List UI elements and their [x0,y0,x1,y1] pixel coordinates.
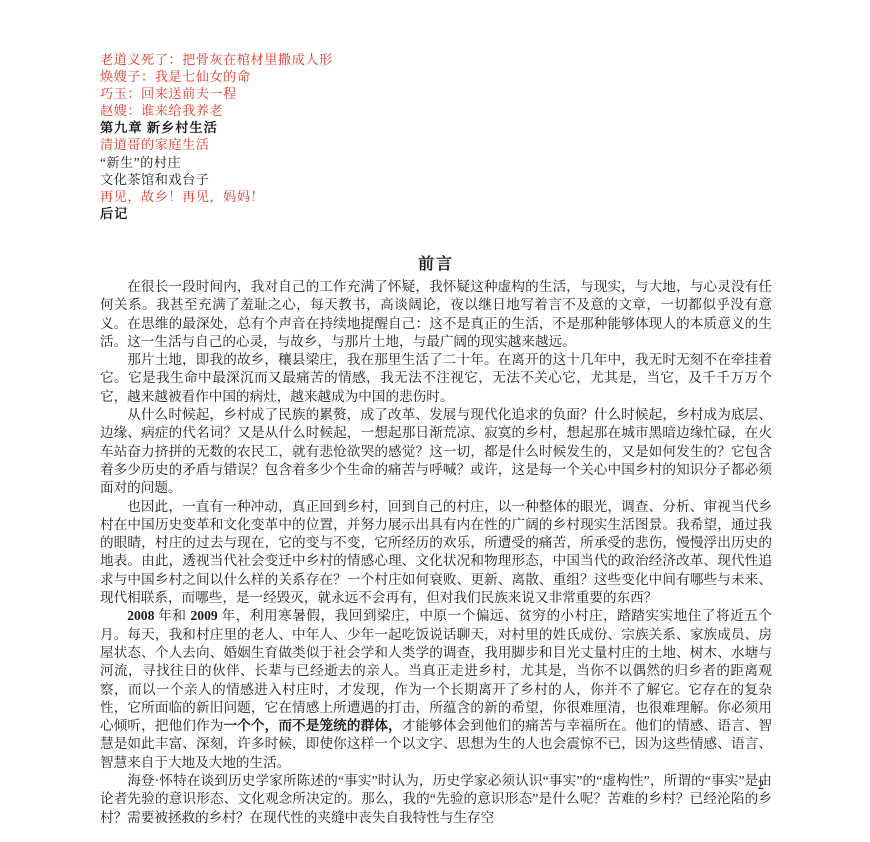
preface-title: 前言 [100,251,772,274]
paragraph-segment-bold: 一个个，而不是笼统的群体， [223,718,401,733]
paragraph-segment: 那片土地，即我的故乡，穰县梁庄，我在那里生活了二十年。在离开的这十几年中，我无时… [100,352,772,404]
toc-item: 后记 [100,205,772,222]
toc-item: 老道义死了：把骨灰在棺材里撒成人形 [100,51,772,68]
toc-item: “新生”的村庄 [100,154,772,171]
paragraph: 2008 年和 2009 年，利用寒暑假，我回到梁庄，中原一个偏远、贫穷的小村庄… [100,607,772,772]
page-number: 2 [758,778,764,793]
toc-item: 清道哥的家庭生活 [100,136,772,153]
toc-item: 文化茶馆和戏台子 [100,171,772,188]
preface-paragraphs: 在很长一段时间内，我对自己的工作充满了怀疑，我怀疑这种虚构的生活，与现实，与大地… [100,278,772,827]
paragraph-segment: 在很长一段时间内，我对自己的工作充满了怀疑，我怀疑这种虚构的生活，与现实，与大地… [100,279,772,349]
paragraph-segment: 也因此，一直有一种冲动，真正回到乡村，回到自己的村庄，以一种整体的眼光，调查、分… [100,499,772,605]
toc-item: 巧玉：回来送前夫一程 [100,85,772,102]
toc-item: 再见，故乡！再见，妈妈！ [100,188,772,205]
paragraph: 那片土地，即我的故乡，穰县梁庄，我在那里生活了二十年。在离开的这十几年中，我无时… [100,351,772,406]
paragraph-segment: 年和 [154,608,190,623]
paragraph: 在很长一段时间内，我对自己的工作充满了怀疑，我怀疑这种虚构的生活，与现实，与大地… [100,278,772,351]
paragraph-segment: 年，利用寒暑假，我回到梁庄，中原一个偏远、贫穷的小村庄，踏踏实实地住了将近五个月… [100,608,772,733]
paragraph: 海登·怀特在谈到历史学家所陈述的“事实”时认为，历史学家必须认识“事实”的“虚构… [100,772,772,827]
paragraph: 也因此，一直有一种冲动，真正回到乡村，回到自己的村庄，以一种整体的眼光，调查、分… [100,498,772,608]
toc-item: 第九章 新乡村生活 [100,119,772,136]
paragraph-segment-bold: 2008 [127,608,154,623]
toc-item: 赵嫂：谁来给我养老 [100,102,772,119]
paragraph-segment: 海登·怀特在谈到历史学家所陈述的“事实”时认为，历史学家必须认识“事实”的“虚构… [100,773,772,825]
paragraph-segment-bold: 2009 [191,608,218,623]
paragraph: 从什么时候起，乡村成了民族的累赘，成了改革、发展与现代化追求的负面？什么时候起，… [100,406,772,497]
paragraph-segment: 从什么时候起，乡村成了民族的累赘，成了改革、发展与现代化追求的负面？什么时候起，… [100,407,772,495]
toc-item: 焕嫂子：我是七仙女的命 [100,68,772,85]
document-page: 老道义死了：把骨灰在棺材里撒成人形焕嫂子：我是七仙女的命巧玉：回来送前夫一程赵嫂… [0,0,870,842]
toc-list: 老道义死了：把骨灰在棺材里撒成人形焕嫂子：我是七仙女的命巧玉：回来送前夫一程赵嫂… [100,51,772,222]
